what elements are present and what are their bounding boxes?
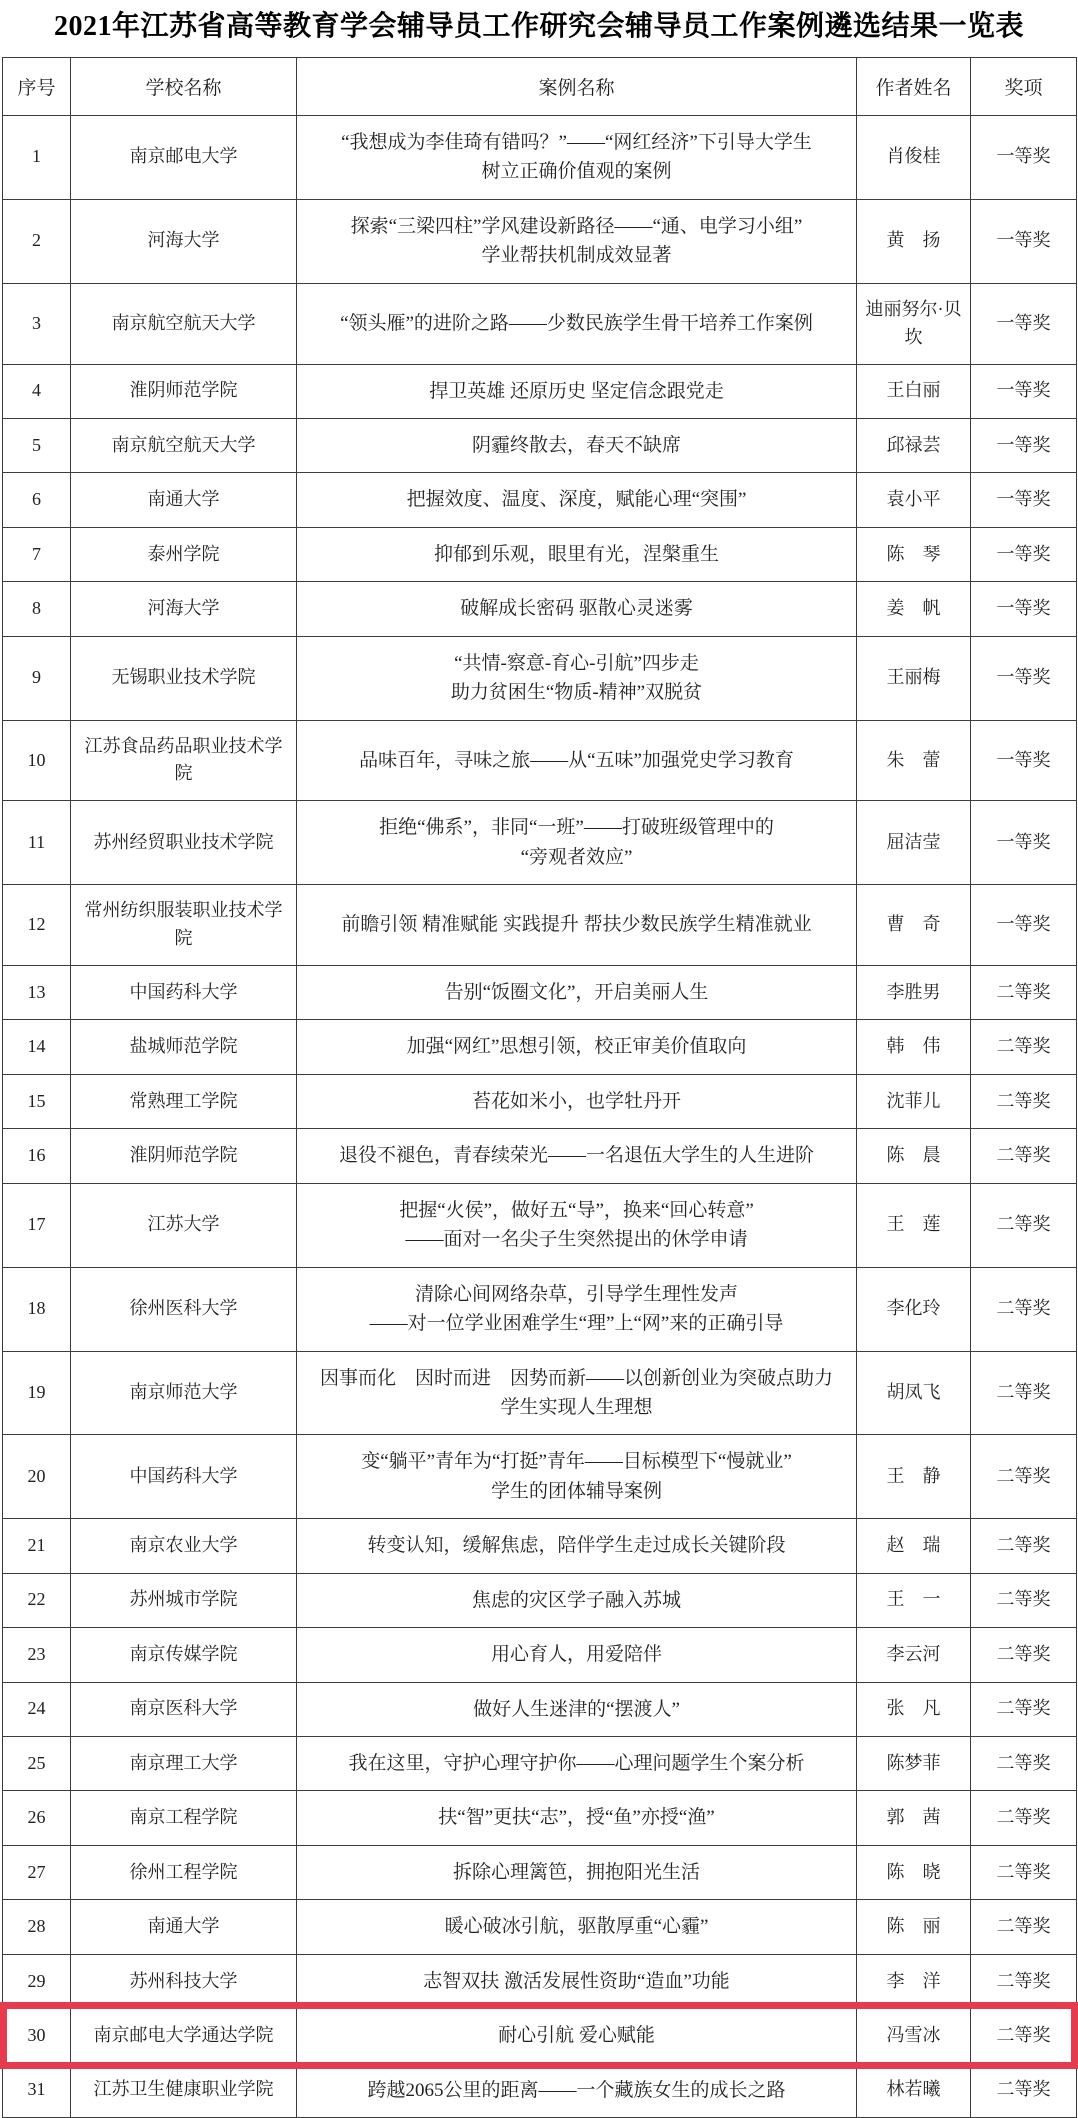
- cell-school: 南京理工大学: [71, 1737, 297, 1791]
- cell-school: 常州纺织服装职业技术学院: [71, 885, 297, 966]
- cell-no: 28: [3, 1900, 71, 1954]
- table-row: 24南京医科大学做好人生迷津的“摆渡人”张 凡二等奖: [3, 1682, 1077, 1736]
- table-row: 6南通大学把握效度、温度、深度，赋能心理“突围”袁小平一等奖: [3, 473, 1077, 527]
- cell-school: 南京航空航天大学: [71, 283, 297, 364]
- cell-award: 二等奖: [971, 1129, 1077, 1183]
- cell-case: 抑郁到乐观，眼里有光，涅槃重生: [297, 527, 857, 581]
- cell-author: 陈 琴: [857, 527, 971, 581]
- cell-no: 15: [3, 1074, 71, 1128]
- table-row: 22苏州城市学院焦虑的灾区学子融入苏城王 一二等奖: [3, 1573, 1077, 1627]
- table-row: 5南京航空航天大学阴霾终散去，春天不缺席邱禄芸一等奖: [3, 418, 1077, 472]
- cell-award: 二等奖: [971, 966, 1077, 1020]
- cell-author: 屈洁莹: [857, 801, 971, 885]
- cell-no: 6: [3, 473, 71, 527]
- table-row: 28南通大学暖心破冰引航，驱散厚重“心霾”陈 丽二等奖: [3, 1900, 1077, 1954]
- cell-award: 二等奖: [971, 1573, 1077, 1627]
- cell-school: 河海大学: [71, 582, 297, 636]
- table-row: 23南京传媒学院用心育人，用爱陪伴李云河二等奖: [3, 1628, 1077, 1682]
- table-row: 1南京邮电大学“我想成为李佳琦有错吗？”——“网红经济”下引导大学生 树立正确价…: [3, 116, 1077, 200]
- cell-case: 拒绝“佛系”，非同“一班”——打破班级管理中的 “旁观者效应”: [297, 801, 857, 885]
- table-row: 7泰州学院抑郁到乐观，眼里有光，涅槃重生陈 琴一等奖: [3, 527, 1077, 581]
- cell-school: 江苏卫生健康职业学院: [71, 2063, 297, 2117]
- cell-school: 南通大学: [71, 473, 297, 527]
- cell-award: 一等奖: [971, 885, 1077, 966]
- cell-case: 把握效度、温度、深度，赋能心理“突围”: [297, 473, 857, 527]
- cell-school: 江苏大学: [71, 1183, 297, 1267]
- cell-award: 二等奖: [971, 1020, 1077, 1074]
- cell-case: 志智双扶 激活发展性资助“造血”功能: [297, 1954, 857, 2008]
- header-case: 案例名称: [297, 58, 857, 116]
- table-row: 8河海大学破解成长密码 驱散心灵迷雾姜 帆一等奖: [3, 582, 1077, 636]
- cell-award: 二等奖: [971, 2009, 1077, 2063]
- cell-award: 一等奖: [971, 199, 1077, 283]
- table-row: 17江苏大学把握“火侯”，做好五“导”，换来“回心转意” ——面对一名尖子生突然…: [3, 1183, 1077, 1267]
- cell-no: 1: [3, 116, 71, 200]
- cell-author: 冯雪冰: [857, 2009, 971, 2063]
- table-row: 11苏州经贸职业技术学院拒绝“佛系”，非同“一班”——打破班级管理中的 “旁观者…: [3, 801, 1077, 885]
- cell-award: 一等奖: [971, 283, 1077, 364]
- cell-case: 跨越2065公里的距离——一个藏族女生的成长之路: [297, 2063, 857, 2117]
- cell-author: 沈菲儿: [857, 1074, 971, 1128]
- cell-no: 17: [3, 1183, 71, 1267]
- cell-no: 22: [3, 1573, 71, 1627]
- cell-school: 南通大学: [71, 1900, 297, 1954]
- cell-case: “共情-察意-育心-引航”四步走 助力贫困生“物质-精神”双脱贫: [297, 636, 857, 720]
- cell-case: 转变认知，缓解焦虑，陪伴学生走过成长关键阶段: [297, 1519, 857, 1573]
- cell-author: 赵 瑞: [857, 1519, 971, 1573]
- cell-case: “我想成为李佳琦有错吗？”——“网红经济”下引导大学生 树立正确价值观的案例: [297, 116, 857, 200]
- cell-school: 南京工程学院: [71, 1791, 297, 1845]
- cell-school: 中国药科大学: [71, 1435, 297, 1519]
- cell-no: 9: [3, 636, 71, 720]
- cell-author: 朱 蕾: [857, 720, 971, 801]
- cell-award: 一等奖: [971, 116, 1077, 200]
- cell-no: 7: [3, 527, 71, 581]
- table-row: 4淮阴师范学院捍卫英雄 还原历史 坚定信念跟党走王白丽一等奖: [3, 364, 1077, 418]
- cell-no: 29: [3, 1954, 71, 2008]
- cell-no: 27: [3, 1845, 71, 1899]
- table-row: 12常州纺织服装职业技术学院前瞻引领 精准赋能 实践提升 帮扶少数民族学生精准就…: [3, 885, 1077, 966]
- results-table: 序号 学校名称 案例名称 作者姓名 奖项 1南京邮电大学“我想成为李佳琦有错吗？…: [2, 57, 1077, 2118]
- cell-no: 19: [3, 1351, 71, 1435]
- cell-award: 一等奖: [971, 582, 1077, 636]
- cell-school: 南京邮电大学: [71, 116, 297, 200]
- cell-case: 因事而化 因时而进 因势而新——以创新创业为突破点助力 学生实现人生理想: [297, 1351, 857, 1435]
- cell-author: 陈 丽: [857, 1900, 971, 1954]
- cell-award: 二等奖: [971, 2063, 1077, 2117]
- cell-school: 无锡职业技术学院: [71, 636, 297, 720]
- cell-author: 肖俊桂: [857, 116, 971, 200]
- cell-author: 曹 奇: [857, 885, 971, 966]
- header-row: 序号 学校名称 案例名称 作者姓名 奖项: [3, 58, 1077, 116]
- cell-case: 做好人生迷津的“摆渡人”: [297, 1682, 857, 1736]
- header-school: 学校名称: [71, 58, 297, 116]
- cell-author: 张 凡: [857, 1682, 971, 1736]
- table-row: 26南京工程学院扶“智”更扶“志”，授“鱼”亦授“渔”郭 茜二等奖: [3, 1791, 1077, 1845]
- cell-author: 郭 茜: [857, 1791, 971, 1845]
- cell-no: 8: [3, 582, 71, 636]
- document-page: 2021年江苏省高等教育学会辅导员工作研究会辅导员工作案例遴选结果一览表 序号 …: [0, 0, 1078, 2118]
- cell-author: 王 一: [857, 1573, 971, 1627]
- cell-case: 变“躺平”青年为“打挺”青年——目标模型下“慢就业” 学生的团体辅导案例: [297, 1435, 857, 1519]
- table-row: 29苏州科技大学志智双扶 激活发展性资助“造血”功能李 洋二等奖: [3, 1954, 1077, 2008]
- cell-case: 清除心间网络杂草，引导学生理性发声 ——对一位学业困难学生“理”上“网”来的正确…: [297, 1267, 857, 1351]
- cell-school: 南京航空航天大学: [71, 418, 297, 472]
- cell-no: 16: [3, 1129, 71, 1183]
- cell-school: 苏州科技大学: [71, 1954, 297, 2008]
- table-row: 10江苏食品药品职业技术学院品味百年，寻味之旅——从“五味”加强党史学习教育朱 …: [3, 720, 1077, 801]
- header-no: 序号: [3, 58, 71, 116]
- cell-school: 淮阴师范学院: [71, 1129, 297, 1183]
- cell-no: 2: [3, 199, 71, 283]
- table-header: 序号 学校名称 案例名称 作者姓名 奖项: [3, 58, 1077, 116]
- cell-award: 二等奖: [971, 1519, 1077, 1573]
- cell-award: 二等奖: [971, 1183, 1077, 1267]
- cell-school: 河海大学: [71, 199, 297, 283]
- cell-case: 用心育人，用爱陪伴: [297, 1628, 857, 1682]
- cell-author: 胡凤飞: [857, 1351, 971, 1435]
- table-row: 16淮阴师范学院退役不褪色，青春续荣光——一名退伍大学生的人生进阶陈 晨二等奖: [3, 1129, 1077, 1183]
- cell-school: 苏州经贸职业技术学院: [71, 801, 297, 885]
- cell-no: 4: [3, 364, 71, 418]
- cell-award: 二等奖: [971, 1074, 1077, 1128]
- cell-author: 邱禄芸: [857, 418, 971, 472]
- cell-school: 徐州医科大学: [71, 1267, 297, 1351]
- cell-author: 李 洋: [857, 1954, 971, 2008]
- table-row: 25南京理工大学我在这里，守护心理守护你——心理问题学生个案分析陈梦菲二等奖: [3, 1737, 1077, 1791]
- cell-no: 18: [3, 1267, 71, 1351]
- cell-award: 二等奖: [971, 1791, 1077, 1845]
- cell-award: 一等奖: [971, 418, 1077, 472]
- cell-case: 拆除心理篱笆，拥抱阳光生活: [297, 1845, 857, 1899]
- cell-award: 一等奖: [971, 473, 1077, 527]
- cell-case: “领头雁”的进阶之路——少数民族学生骨干培养工作案例: [297, 283, 857, 364]
- cell-no: 25: [3, 1737, 71, 1791]
- cell-school: 淮阴师范学院: [71, 364, 297, 418]
- cell-case: 焦虑的灾区学子融入苏城: [297, 1573, 857, 1627]
- table-row: 2河海大学探索“三梁四柱”学风建设新路径——“通、电学习小组” 学业帮扶机制成效…: [3, 199, 1077, 283]
- cell-school: 盐城师范学院: [71, 1020, 297, 1074]
- cell-author: 韩 伟: [857, 1020, 971, 1074]
- cell-no: 31: [3, 2063, 71, 2117]
- cell-author: 迪丽努尔·贝坎: [857, 283, 971, 364]
- cell-case: 苔花如米小，也学牡丹开: [297, 1074, 857, 1128]
- cell-school: 南京医科大学: [71, 1682, 297, 1736]
- cell-no: 11: [3, 801, 71, 885]
- header-award: 奖项: [971, 58, 1077, 116]
- cell-award: 二等奖: [971, 1628, 1077, 1682]
- cell-case: 阴霾终散去，春天不缺席: [297, 418, 857, 472]
- cell-no: 30: [3, 2009, 71, 2063]
- cell-case: 我在这里，守护心理守护你——心理问题学生个案分析: [297, 1737, 857, 1791]
- cell-award: 二等奖: [971, 1845, 1077, 1899]
- table-row: 18徐州医科大学清除心间网络杂草，引导学生理性发声 ——对一位学业困难学生“理”…: [3, 1267, 1077, 1351]
- table-row: 30南京邮电大学通达学院耐心引航 爱心赋能冯雪冰二等奖: [3, 2009, 1077, 2063]
- cell-school: 南京农业大学: [71, 1519, 297, 1573]
- cell-award: 一等奖: [971, 801, 1077, 885]
- cell-no: 3: [3, 283, 71, 364]
- cell-award: 二等奖: [971, 1435, 1077, 1519]
- table-row: 9无锡职业技术学院“共情-察意-育心-引航”四步走 助力贫困生“物质-精神”双脱…: [3, 636, 1077, 720]
- cell-case: 把握“火侯”，做好五“导”，换来“回心转意” ——面对一名尖子生突然提出的休学申…: [297, 1183, 857, 1267]
- table-row: 15常熟理工学院苔花如米小，也学牡丹开沈菲儿二等奖: [3, 1074, 1077, 1128]
- table-row: 19南京师范大学因事而化 因时而进 因势而新——以创新创业为突破点助力 学生实现…: [3, 1351, 1077, 1435]
- cell-author: 袁小平: [857, 473, 971, 527]
- cell-award: 一等奖: [971, 636, 1077, 720]
- cell-award: 二等奖: [971, 1682, 1077, 1736]
- cell-case: 告别“饭圈文化”，开启美丽人生: [297, 966, 857, 1020]
- table-row: 31江苏卫生健康职业学院跨越2065公里的距离——一个藏族女生的成长之路林若曦二…: [3, 2063, 1077, 2117]
- cell-school: 苏州城市学院: [71, 1573, 297, 1627]
- table-row: 13中国药科大学告别“饭圈文化”，开启美丽人生李胜男二等奖: [3, 966, 1077, 1020]
- cell-school: 泰州学院: [71, 527, 297, 581]
- cell-school: 南京传媒学院: [71, 1628, 297, 1682]
- cell-author: 陈梦菲: [857, 1737, 971, 1791]
- cell-case: 前瞻引领 精准赋能 实践提升 帮扶少数民族学生精准就业: [297, 885, 857, 966]
- cell-school: 南京师范大学: [71, 1351, 297, 1435]
- page-title: 2021年江苏省高等教育学会辅导员工作研究会辅导员工作案例遴选结果一览表: [0, 0, 1078, 57]
- table-row: 3南京航空航天大学“领头雁”的进阶之路——少数民族学生骨干培养工作案例迪丽努尔·…: [3, 283, 1077, 364]
- cell-case: 捍卫英雄 还原历史 坚定信念跟党走: [297, 364, 857, 418]
- cell-school: 常熟理工学院: [71, 1074, 297, 1128]
- cell-author: 陈 晓: [857, 1845, 971, 1899]
- cell-award: 一等奖: [971, 527, 1077, 581]
- cell-no: 26: [3, 1791, 71, 1845]
- cell-no: 5: [3, 418, 71, 472]
- cell-case: 破解成长密码 驱散心灵迷雾: [297, 582, 857, 636]
- cell-award: 二等奖: [971, 1351, 1077, 1435]
- cell-award: 一等奖: [971, 364, 1077, 418]
- cell-school: 中国药科大学: [71, 966, 297, 1020]
- cell-author: 王 莲: [857, 1183, 971, 1267]
- cell-award: 一等奖: [971, 720, 1077, 801]
- cell-author: 李化玲: [857, 1267, 971, 1351]
- cell-no: 20: [3, 1435, 71, 1519]
- cell-award: 二等奖: [971, 1267, 1077, 1351]
- header-author: 作者姓名: [857, 58, 971, 116]
- cell-author: 王白丽: [857, 364, 971, 418]
- cell-case: 探索“三梁四柱”学风建设新路径——“通、电学习小组” 学业帮扶机制成效显著: [297, 199, 857, 283]
- cell-no: 21: [3, 1519, 71, 1573]
- cell-school: 江苏食品药品职业技术学院: [71, 720, 297, 801]
- table-row: 21南京农业大学转变认知，缓解焦虑，陪伴学生走过成长关键阶段赵 瑞二等奖: [3, 1519, 1077, 1573]
- table-row: 14盐城师范学院加强“网红”思想引领，校正审美价值取向韩 伟二等奖: [3, 1020, 1077, 1074]
- cell-case: 加强“网红”思想引领，校正审美价值取向: [297, 1020, 857, 1074]
- cell-award: 二等奖: [971, 1737, 1077, 1791]
- cell-author: 王 静: [857, 1435, 971, 1519]
- cell-case: 退役不褪色，青春续荣光——一名退伍大学生的人生进阶: [297, 1129, 857, 1183]
- cell-author: 陈 晨: [857, 1129, 971, 1183]
- cell-school: 徐州工程学院: [71, 1845, 297, 1899]
- cell-author: 王丽梅: [857, 636, 971, 720]
- table-row: 27徐州工程学院拆除心理篱笆，拥抱阳光生活陈 晓二等奖: [3, 1845, 1077, 1899]
- table-body: 1南京邮电大学“我想成为李佳琦有错吗？”——“网红经济”下引导大学生 树立正确价…: [3, 116, 1077, 2118]
- cell-school: 南京邮电大学通达学院: [71, 2009, 297, 2063]
- cell-no: 13: [3, 966, 71, 1020]
- cell-case: 耐心引航 爱心赋能: [297, 2009, 857, 2063]
- cell-author: 姜 帆: [857, 582, 971, 636]
- cell-award: 二等奖: [971, 1954, 1077, 2008]
- cell-author: 李云河: [857, 1628, 971, 1682]
- cell-case: 暖心破冰引航，驱散厚重“心霾”: [297, 1900, 857, 1954]
- cell-award: 二等奖: [971, 1900, 1077, 1954]
- cell-no: 24: [3, 1682, 71, 1736]
- cell-no: 12: [3, 885, 71, 966]
- cell-case: 品味百年，寻味之旅——从“五味”加强党史学习教育: [297, 720, 857, 801]
- table-row: 20中国药科大学变“躺平”青年为“打挺”青年——目标模型下“慢就业” 学生的团体…: [3, 1435, 1077, 1519]
- cell-no: 10: [3, 720, 71, 801]
- cell-no: 23: [3, 1628, 71, 1682]
- cell-case: 扶“智”更扶“志”，授“鱼”亦授“渔”: [297, 1791, 857, 1845]
- cell-author: 黄 扬: [857, 199, 971, 283]
- cell-author: 李胜男: [857, 966, 971, 1020]
- cell-no: 14: [3, 1020, 71, 1074]
- cell-author: 林若曦: [857, 2063, 971, 2117]
